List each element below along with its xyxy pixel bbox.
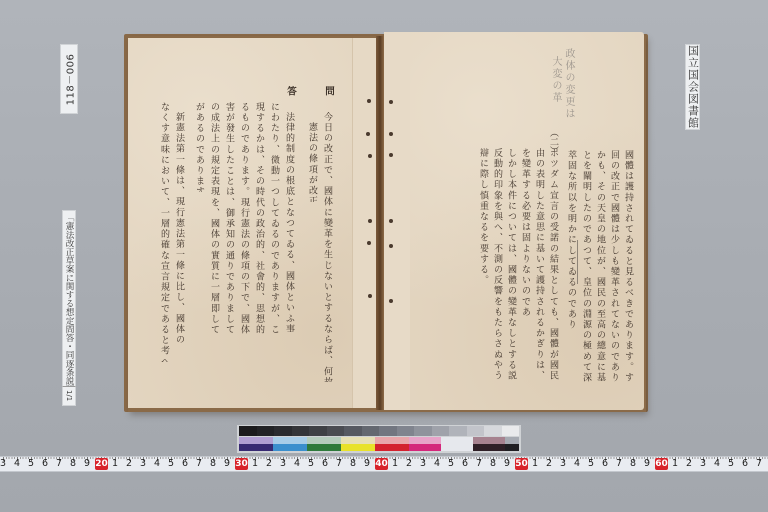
text-column: 萃固な所以を明かにしてゐるのであります。: [565, 150, 577, 330]
ruler-label: 8: [207, 458, 219, 470]
gray-swatch: [292, 426, 310, 436]
color-swatch: [239, 437, 273, 444]
binding-hole: [389, 153, 393, 157]
measurement-ruler: 3456789201234567893012345678940123456789…: [0, 456, 768, 472]
color-swatch: [409, 444, 441, 451]
gray-swatch: [362, 426, 380, 436]
text-column: 憲法の條項が改正されたか。: [306, 122, 318, 202]
color-swatch: [307, 444, 341, 451]
ruler-label: 3: [697, 458, 709, 470]
ruler-label: 9: [641, 458, 653, 470]
text-column: 現するかは、その時代の政治的、社會的、思想的等の諸要件により、異な: [253, 102, 265, 334]
ruler-label: 4: [711, 458, 723, 470]
ruler-label: 9: [81, 458, 93, 470]
ruler-label: 3: [277, 458, 289, 470]
color-swatch: [375, 437, 409, 444]
ruler-label: 5: [25, 458, 37, 470]
document-number-label: 1/1: [62, 386, 76, 406]
text-column: かも、その天皇の地位が、國民の至高の總意に基くこ: [594, 150, 606, 382]
color-swatch: [307, 437, 341, 444]
binding-hole: [367, 99, 371, 103]
ruler-label: 7: [473, 458, 485, 470]
ruler-label: 5: [305, 458, 317, 470]
color-swatch-row-dark: [239, 444, 519, 451]
ruler-label: 4: [431, 458, 443, 470]
ruler-label: 7: [613, 458, 625, 470]
ruler-label: 1: [669, 458, 681, 470]
grayscale-strip: [239, 426, 519, 436]
text-column: 辯に際し慎重なるを要する。: [477, 148, 489, 298]
gray-swatch: [379, 426, 397, 436]
pencil-annotation: 政体の変更は: [561, 48, 576, 116]
gray-swatch: [344, 426, 362, 436]
ruler-label: 6: [179, 458, 191, 470]
text-column: とを闡明したのであつて、皇位の淵源の極めて深く: [580, 150, 592, 382]
text-column: 今日の改正で、國体に變革を生じないとするならば、何故に之に關する: [321, 112, 333, 382]
binding-hole: [367, 241, 371, 245]
gray-swatch: [257, 426, 275, 436]
ruler-label: 6: [739, 458, 751, 470]
color-swatch: [473, 444, 505, 451]
text-column: 回の改正で國體は少しも變革されてないのであります。し: [608, 150, 620, 382]
binding-hole: [366, 132, 370, 136]
ruler-label: 2: [263, 458, 275, 470]
color-swatch: [239, 444, 273, 451]
catalog-id-label: 118－006: [60, 44, 78, 114]
ruler-label: 9: [221, 458, 233, 470]
binding-hole: [368, 294, 372, 298]
ruler-label: 5: [445, 458, 457, 470]
answer-heading: 答: [283, 86, 297, 96]
text-column: の成法上の規定表現を、國体の實質に一層即して、改正し純化するの要: [208, 102, 220, 334]
color-swatch: [273, 444, 307, 451]
gray-swatch: [239, 426, 257, 436]
text-column: なくす意味において、一層的確な宣言規定であると考へるのであります。: [158, 102, 170, 362]
ruler-label: 20: [95, 458, 108, 470]
color-swatch: [473, 437, 505, 444]
pencil-annotation: 大変の革: [548, 56, 563, 106]
color-swatch: [505, 437, 519, 444]
gray-swatch: [309, 426, 327, 436]
question-heading: 問: [321, 86, 335, 96]
text-column: 法律的制度の根底となつてゐる、國体といふ事實は、過去、現在及び將來: [283, 112, 295, 332]
ruler-label: 3: [557, 458, 569, 470]
ruler-label: 50: [515, 458, 528, 470]
ruler-label: 8: [67, 458, 79, 470]
text-column: 國體は護持されてゐると見るべきであります。すなはち今: [622, 150, 634, 382]
color-swatch: [375, 444, 409, 451]
color-swatch: [273, 437, 307, 444]
text-column: 由の表明した意思に基いて護持されるかぎりは、これ: [533, 148, 545, 380]
color-swatch: [441, 444, 473, 451]
gray-swatch: [449, 426, 467, 436]
color-swatch-row-light: [239, 437, 519, 444]
ruler-label: 7: [753, 458, 765, 470]
ruler-label: 8: [347, 458, 359, 470]
text-column: ポツダム宣言の受諾の結果としても、國體が國民の自: [547, 148, 559, 380]
ruler-label: 7: [193, 458, 205, 470]
ruler-label: 5: [585, 458, 597, 470]
ruler-label: 4: [571, 458, 583, 470]
ruler-label: 4: [11, 458, 23, 470]
gray-swatch: [327, 426, 345, 436]
ruler-label: 2: [403, 458, 415, 470]
color-calibration-chart: [237, 425, 521, 453]
gray-swatch: [414, 426, 432, 436]
color-swatch: [341, 444, 375, 451]
ruler-label: 40: [375, 458, 388, 470]
library-stamp-label: 国立国会図書館: [685, 44, 700, 130]
ruler-label: 2: [543, 458, 555, 470]
ruler-label: 8: [487, 458, 499, 470]
document-title-label: 「憲法改正草案に関する想定問答・同逐条説明」: [62, 210, 76, 406]
ruler-label: 9: [361, 458, 373, 470]
ruler-label: 3: [0, 458, 9, 470]
text-column: にわたり、微動一つしてゐるのでありますが、これを成文の上で、いかに於て表: [268, 102, 280, 334]
text-column: 新憲法第一條は、現行憲法第一條に比し、國体の濫用乃至悪用の余地を: [173, 112, 185, 344]
ruler-label: 6: [599, 458, 611, 470]
gray-swatch: [484, 426, 502, 436]
binding-hole: [389, 132, 393, 136]
ruler-label: 5: [165, 458, 177, 470]
ruler-label: 6: [319, 458, 331, 470]
ruler-label: 1: [109, 458, 121, 470]
text-column: しかし本件については、國體の變革なしとする説明が、海外に: [505, 148, 517, 380]
text-column: を變革する必要は固よりないのである。: [519, 148, 531, 318]
ruler-label: 7: [333, 458, 345, 470]
text-column: 害が發生したことは、御承知の通りでありまして、今日この点より見て、國体: [223, 102, 235, 334]
ruler-label: 6: [39, 458, 51, 470]
binding-hole: [389, 219, 393, 223]
ruler-label: 2: [683, 458, 695, 470]
book-gutter: [376, 36, 384, 410]
ruler-label: 4: [151, 458, 163, 470]
ruler-label: 2: [123, 458, 135, 470]
ruler-label: 5: [725, 458, 737, 470]
color-swatch: [341, 437, 375, 444]
color-swatch: [505, 444, 519, 451]
ruler-label: 4: [291, 458, 303, 470]
text-column: るものであります。現行憲法の條項の下で、國体に藉口して幾多の弊: [238, 102, 250, 334]
pencil-mark: [577, 240, 578, 284]
ruler-label: 60: [655, 458, 668, 470]
ruler-label: 1: [529, 458, 541, 470]
ruler-label: 30: [235, 458, 248, 470]
gray-swatch: [397, 426, 415, 436]
text-column: 反動的印象を與へ、不測の反響をもたらさぬやう表: [491, 148, 503, 380]
ruler-label: 8: [627, 458, 639, 470]
binding-hole: [389, 299, 393, 303]
binding-hole: [389, 100, 393, 104]
gray-swatch: [274, 426, 292, 436]
ruler-label: 1: [389, 458, 401, 470]
ruler-label: 9: [501, 458, 513, 470]
text-column: があるのであります。: [193, 102, 205, 192]
binding-hole: [389, 244, 393, 248]
gray-swatch: [432, 426, 450, 436]
ruler-label: 7: [53, 458, 65, 470]
ruler-label: 3: [137, 458, 149, 470]
catalog-id-text: 118－006: [62, 53, 77, 105]
gray-swatch: [467, 426, 485, 436]
color-swatch: [409, 437, 441, 444]
gray-swatch: [502, 426, 520, 436]
left-page-binding-margin: [352, 38, 379, 408]
color-swatch: [441, 437, 473, 444]
ruler-label: 1: [249, 458, 261, 470]
ruler-label: 3: [417, 458, 429, 470]
right-page-binding-margin: [384, 32, 411, 410]
ruler-label: 6: [459, 458, 471, 470]
binding-hole: [368, 219, 372, 223]
binding-hole: [368, 154, 372, 158]
